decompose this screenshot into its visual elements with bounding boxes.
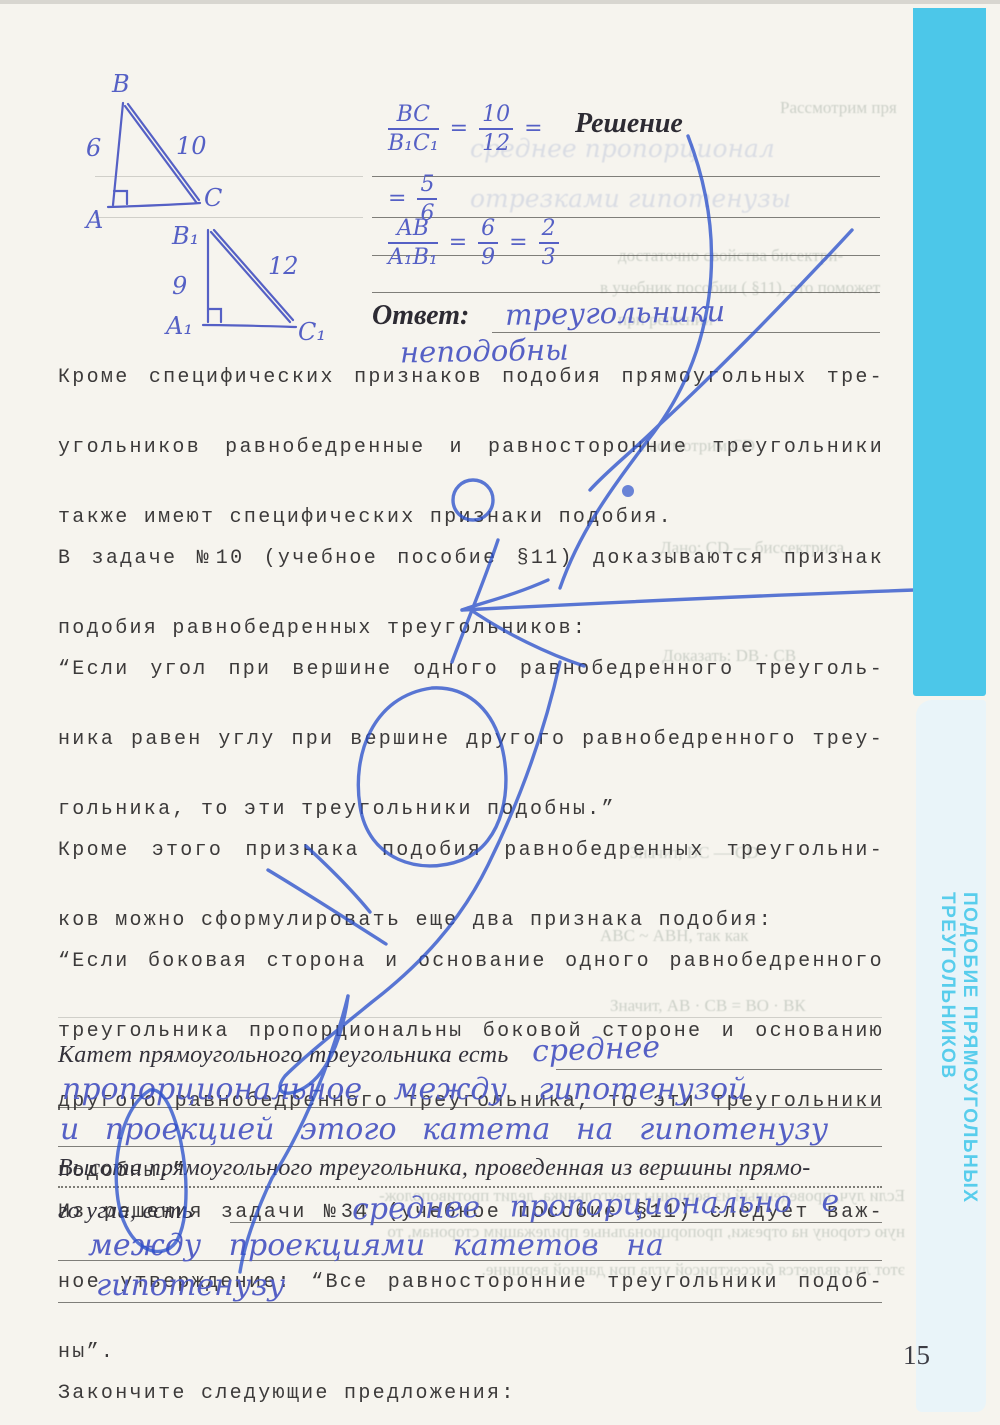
text-line: гольника, то эти треугольники подобны.” <box>58 792 884 827</box>
fraction-numerator: 2 <box>539 216 559 244</box>
vertex-label: B <box>112 70 130 98</box>
ruled-line <box>372 176 880 177</box>
handwritten-fill: между проекциями катетов на <box>88 1228 664 1263</box>
text-line: ков можно сформулировать еще два признак… <box>58 903 884 938</box>
text-line: Закончите следующие предложения: <box>58 1376 884 1411</box>
vertex-label: C₁ <box>298 318 326 346</box>
equals-sign: = <box>449 230 467 255</box>
scan-edge <box>0 0 1000 4</box>
bleed-text: отрезками гипотенузы <box>470 184 791 213</box>
equals-sign: = <box>388 186 406 211</box>
fraction-numerator: AB <box>388 216 438 244</box>
handwritten-answer: треугольники <box>505 294 726 332</box>
vertex-label: A <box>86 206 103 234</box>
ruled-line <box>95 217 363 218</box>
fraction-denominator: A₁B₁ <box>388 244 438 270</box>
fraction-denominator: 9 <box>478 244 498 270</box>
text-line: В задаче №10 (учебное пособие §11) доказ… <box>58 541 884 611</box>
paragraph: Закончите следующие предложения: <box>58 1376 884 1411</box>
paragraph: В задаче №10 (учебное пособие §11) доказ… <box>58 541 884 646</box>
prompt-visota-2: го угла, есть <box>58 1198 193 1225</box>
side-label: 9 <box>172 272 187 300</box>
paragraph: “Если угол при вершине одного равнобедре… <box>58 652 884 827</box>
fraction-numerator: 10 <box>479 102 513 130</box>
equals-sign: = <box>509 230 527 255</box>
triangles-figure <box>0 0 340 360</box>
side-label: 6 <box>86 134 101 162</box>
text-line: “Если боковая сторона и основание одного… <box>58 944 884 1014</box>
bleed-text: Рассмотрим пря <box>780 98 897 118</box>
fraction-numerator: BC <box>388 102 439 130</box>
fraction-denominator: 3 <box>539 244 559 270</box>
chapter-title-vertical: ПОДОБИЕ ПРЯМОУГОЛЬНЫХ ТРЕУГОЛЬНИКОВ <box>920 892 980 1302</box>
paragraph: Кроме этого признака подобия равнобедрен… <box>58 833 884 938</box>
handwritten-fill: пропорциональное между гипотенузой <box>62 1072 747 1107</box>
handwritten-fill: среднее <box>531 1030 660 1069</box>
workbook-page: Рассмотрим пря среднее пропорционал отре… <box>0 0 1000 1425</box>
fraction-denominator: B₁C₁ <box>388 130 439 156</box>
prompt-katet: Катет прямоугольного треугольника есть <box>58 1042 509 1069</box>
handwritten-fill: гипотенузу <box>96 1268 285 1303</box>
bleed-text: достаточно свойства бисектри- <box>618 246 843 266</box>
fraction-numerator: 5 <box>417 172 437 200</box>
text-line: Кроме этого признака подобия равнобедрен… <box>58 833 884 903</box>
text-line: также имеют специфических признаки подоб… <box>58 500 884 535</box>
paragraph: Кроме специфических признаков подобия пр… <box>58 360 884 535</box>
equals-sign: = <box>450 116 468 141</box>
text-line: угольников равнобедренные и равносторонн… <box>58 430 884 500</box>
text-line: ника равен углу при вершине другого равн… <box>58 722 884 792</box>
side-label: 12 <box>268 252 299 280</box>
vertex-label: A₁ <box>166 312 193 340</box>
handwritten-fraction-1: BCB₁C₁ = 1012 = <box>384 102 543 156</box>
side-label: 10 <box>176 132 207 160</box>
ruled-line <box>372 292 880 293</box>
text-line: “Если угол при вершине одного равнобедре… <box>58 652 884 722</box>
solution-heading: Решение <box>575 108 683 140</box>
text-line: подобия равнобедренных треугольников: <box>58 611 884 646</box>
vertex-label: C <box>204 184 222 212</box>
handwritten-fraction-3: ABA₁B₁ = 69 = 23 <box>384 216 563 270</box>
answer-label: Ответ: <box>372 300 469 332</box>
chapter-color-bar <box>913 8 986 696</box>
ruled-line <box>95 176 363 177</box>
fraction-denominator: 12 <box>479 130 513 156</box>
equals-sign: = <box>524 116 542 141</box>
text-line: ны”. <box>58 1335 884 1370</box>
prompt-visota: Высота прямоугольного треугольника, пров… <box>58 1155 811 1182</box>
text-line: Кроме специфических признаков подобия пр… <box>58 360 884 430</box>
vertex-label: B₁ <box>172 222 199 250</box>
page-number: 15 <box>903 1340 930 1371</box>
handwritten-fill: и проекцией этого катета на гипотенузу <box>60 1112 828 1147</box>
fraction-numerator: 6 <box>478 216 498 244</box>
